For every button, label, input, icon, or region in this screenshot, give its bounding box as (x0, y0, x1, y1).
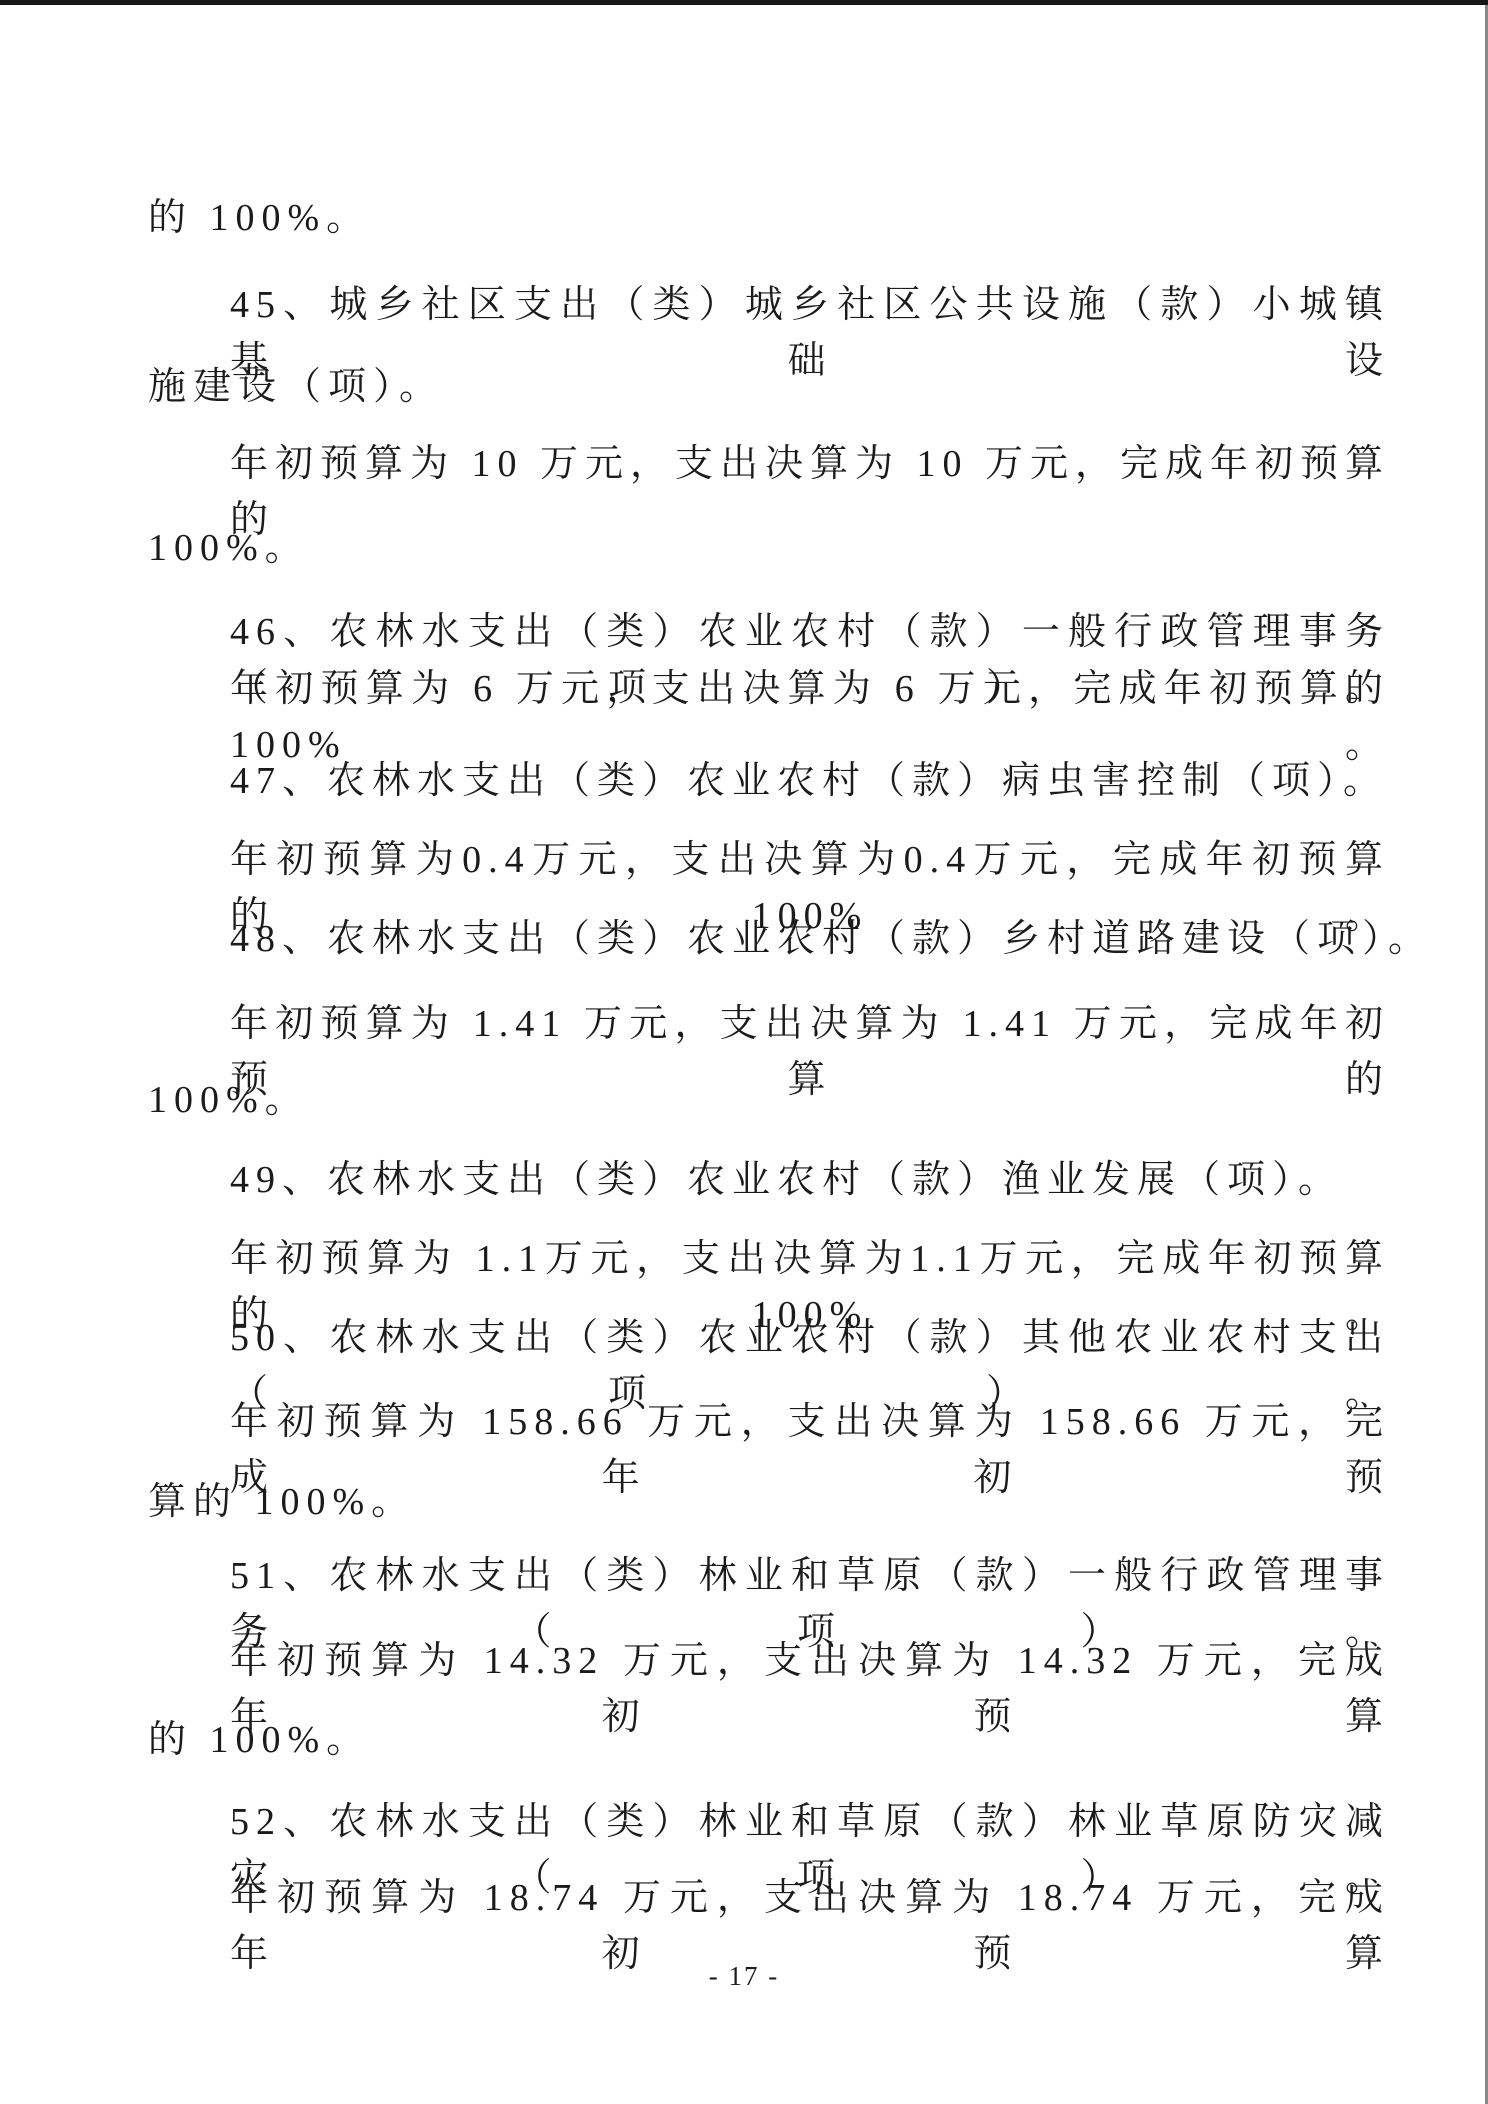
text-line: 49、农林水支出（类）农业农村（款）渔业发展（项）。 (148, 1152, 1390, 1208)
text-line: 的 100%。 (148, 1712, 1390, 1768)
text-line: 100%。 (148, 520, 1390, 576)
text-line: 47、农林水支出（类）农业农村（款）病虫害控制（项）。 (148, 753, 1390, 809)
text-line: 的 100%。 (148, 190, 1390, 246)
text-line: 100%。 (148, 1072, 1390, 1128)
page-number: - 17 - (0, 1958, 1488, 1994)
scan-top-edge (0, 0, 1488, 5)
document-page: 的 100%。 45、城乡社区支出（类）城乡社区公共设施（款）小城镇基础设 施建… (0, 0, 1488, 2104)
text-line: 48、农林水支出（类）农业农村（款）乡村道路建设（项）。 (148, 911, 1390, 967)
text-line: 施建设（项）。 (148, 359, 1390, 415)
text-line: 算的 100%。 (148, 1474, 1390, 1530)
